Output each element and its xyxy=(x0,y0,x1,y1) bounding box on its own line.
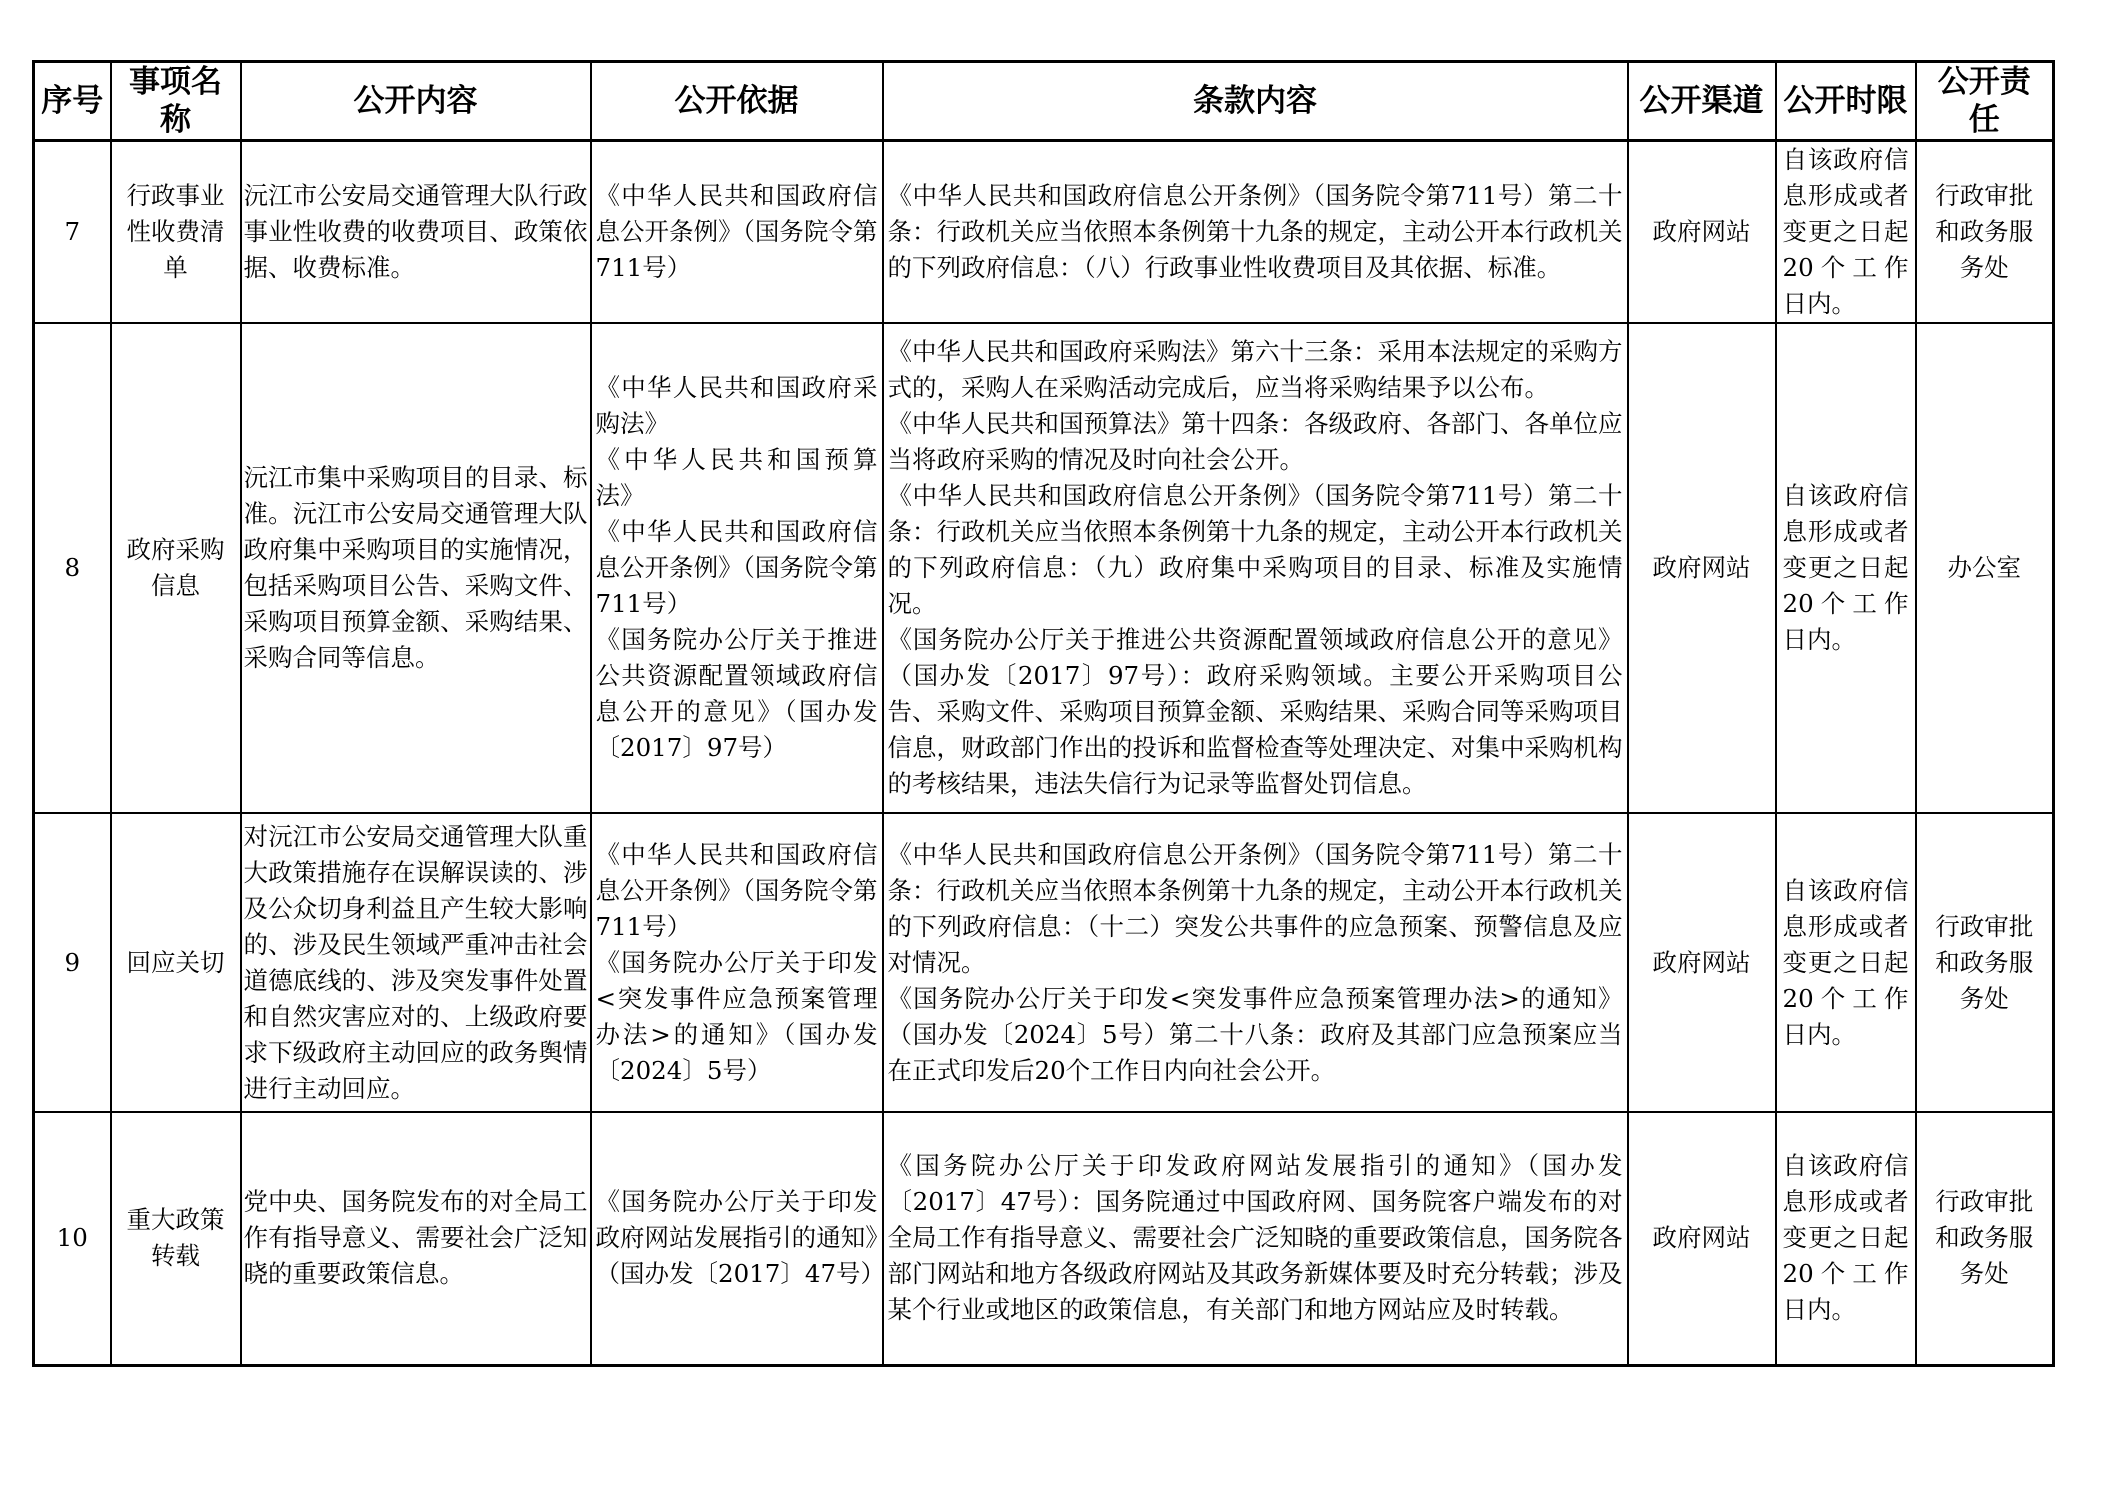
table-row-7: 7 行政事业性收费清单 沅江市公安局交通管理大队行政事业性收费的收费项目、政策依… xyxy=(34,141,2054,324)
cell-time-limit-row7: 自该政府信息形成或者变更之日起20个工作日内。 xyxy=(1776,141,1916,324)
disclosure-table: 序号 事项名称 公开内容 公开依据 条款内容 公开渠道 公开时限 公开责任 7 … xyxy=(32,60,2055,1367)
cell-clause-row8: 《中华人民共和国政府采购法》第六十三条：采用本法规定的采购方式的，采购人在采购活… xyxy=(883,323,1628,813)
cell-item-name-row8: 政府采购信息 xyxy=(111,323,241,813)
cell-content-row7: 沅江市公安局交通管理大队行政事业性收费的收费项目、政策依据、收费标准。 xyxy=(241,141,591,324)
document-page: 序号 事项名称 公开内容 公开依据 条款内容 公开渠道 公开时限 公开责任 7 … xyxy=(0,0,2105,1487)
column-header-content: 公开内容 xyxy=(241,62,591,141)
column-header-item-name: 事项名称 xyxy=(111,62,241,141)
column-header-clause: 条款内容 xyxy=(883,62,1628,141)
table-header: 序号 事项名称 公开内容 公开依据 条款内容 公开渠道 公开时限 公开责任 xyxy=(34,62,2054,141)
cell-channel-row10: 政府网站 xyxy=(1628,1112,1776,1365)
cell-item-name-row9: 回应关切 xyxy=(111,813,241,1112)
cell-time-limit-row8: 自该政府信息形成或者变更之日起20个工作日内。 xyxy=(1776,323,1916,813)
cell-responsibility-row9: 行政审批和政务服务处 xyxy=(1916,813,2054,1112)
cell-clause-row7: 《中华人民共和国政府信息公开条例》（国务院令第711号）第二十条：行政机关应当依… xyxy=(883,141,1628,324)
cell-responsibility-row7: 行政审批和政务服务处 xyxy=(1916,141,2054,324)
cell-clause-row10: 《国务院办公厅关于印发政府网站发展指引的通知》（国办发〔2017〕47号）：国务… xyxy=(883,1112,1628,1365)
cell-channel-row7: 政府网站 xyxy=(1628,141,1776,324)
cell-content-row8: 沅江市集中采购项目的目录、标准。沅江市公安局交通管理大队政府集中采购项目的实施情… xyxy=(241,323,591,813)
header-row: 序号 事项名称 公开内容 公开依据 条款内容 公开渠道 公开时限 公开责任 xyxy=(34,62,2054,141)
table-row-9: 9 回应关切 对沅江市公安局交通管理大队重大政策措施存在误解误读的、涉及公众切身… xyxy=(34,813,2054,1112)
cell-seq-row10: 10 xyxy=(34,1112,111,1365)
cell-time-limit-row9: 自该政府信息形成或者变更之日起20个工作日内。 xyxy=(1776,813,1916,1112)
cell-basis-row7: 《中华人民共和国政府信息公开条例》（国务院令第711号） xyxy=(591,141,883,324)
cell-seq-row9: 9 xyxy=(34,813,111,1112)
table-row-10: 10 重大政策转载 党中央、国务院发布的对全局工作有指导意义、需要社会广泛知晓的… xyxy=(34,1112,2054,1365)
cell-basis-row8: 《中华人民共和国政府采购法》 《中华人民共和国预算法》 《中华人民共和国政府信息… xyxy=(591,323,883,813)
cell-item-name-row7: 行政事业性收费清单 xyxy=(111,141,241,324)
column-header-responsibility: 公开责任 xyxy=(1916,62,2054,141)
cell-channel-row8: 政府网站 xyxy=(1628,323,1776,813)
column-header-seq: 序号 xyxy=(34,62,111,141)
cell-content-row9: 对沅江市公安局交通管理大队重大政策措施存在误解误读的、涉及公众切身利益且产生较大… xyxy=(241,813,591,1112)
column-header-basis: 公开依据 xyxy=(591,62,883,141)
column-header-time-limit: 公开时限 xyxy=(1776,62,1916,141)
table-body: 7 行政事业性收费清单 沅江市公安局交通管理大队行政事业性收费的收费项目、政策依… xyxy=(34,141,2054,1366)
table-row-8: 8 政府采购信息 沅江市集中采购项目的目录、标准。沅江市公安局交通管理大队政府集… xyxy=(34,323,2054,813)
cell-channel-row9: 政府网站 xyxy=(1628,813,1776,1112)
cell-item-name-row10: 重大政策转载 xyxy=(111,1112,241,1365)
cell-basis-row10: 《国务院办公厅关于印发政府网站发展指引的通知》（国办发〔2017〕47号） xyxy=(591,1112,883,1365)
cell-responsibility-row10: 行政审批和政务服务处 xyxy=(1916,1112,2054,1365)
cell-time-limit-row10: 自该政府信息形成或者变更之日起20个工作日内。 xyxy=(1776,1112,1916,1365)
cell-basis-row9: 《中华人民共和国政府信息公开条例》（国务院令第711号） 《国务院办公厅关于印发… xyxy=(591,813,883,1112)
cell-responsibility-row8: 办公室 xyxy=(1916,323,2054,813)
cell-content-row10: 党中央、国务院发布的对全局工作有指导意义、需要社会广泛知晓的重要政策信息。 xyxy=(241,1112,591,1365)
cell-seq-row7: 7 xyxy=(34,141,111,324)
cell-clause-row9: 《中华人民共和国政府信息公开条例》（国务院令第711号）第二十条：行政机关应当依… xyxy=(883,813,1628,1112)
cell-seq-row8: 8 xyxy=(34,323,111,813)
column-header-channel: 公开渠道 xyxy=(1628,62,1776,141)
